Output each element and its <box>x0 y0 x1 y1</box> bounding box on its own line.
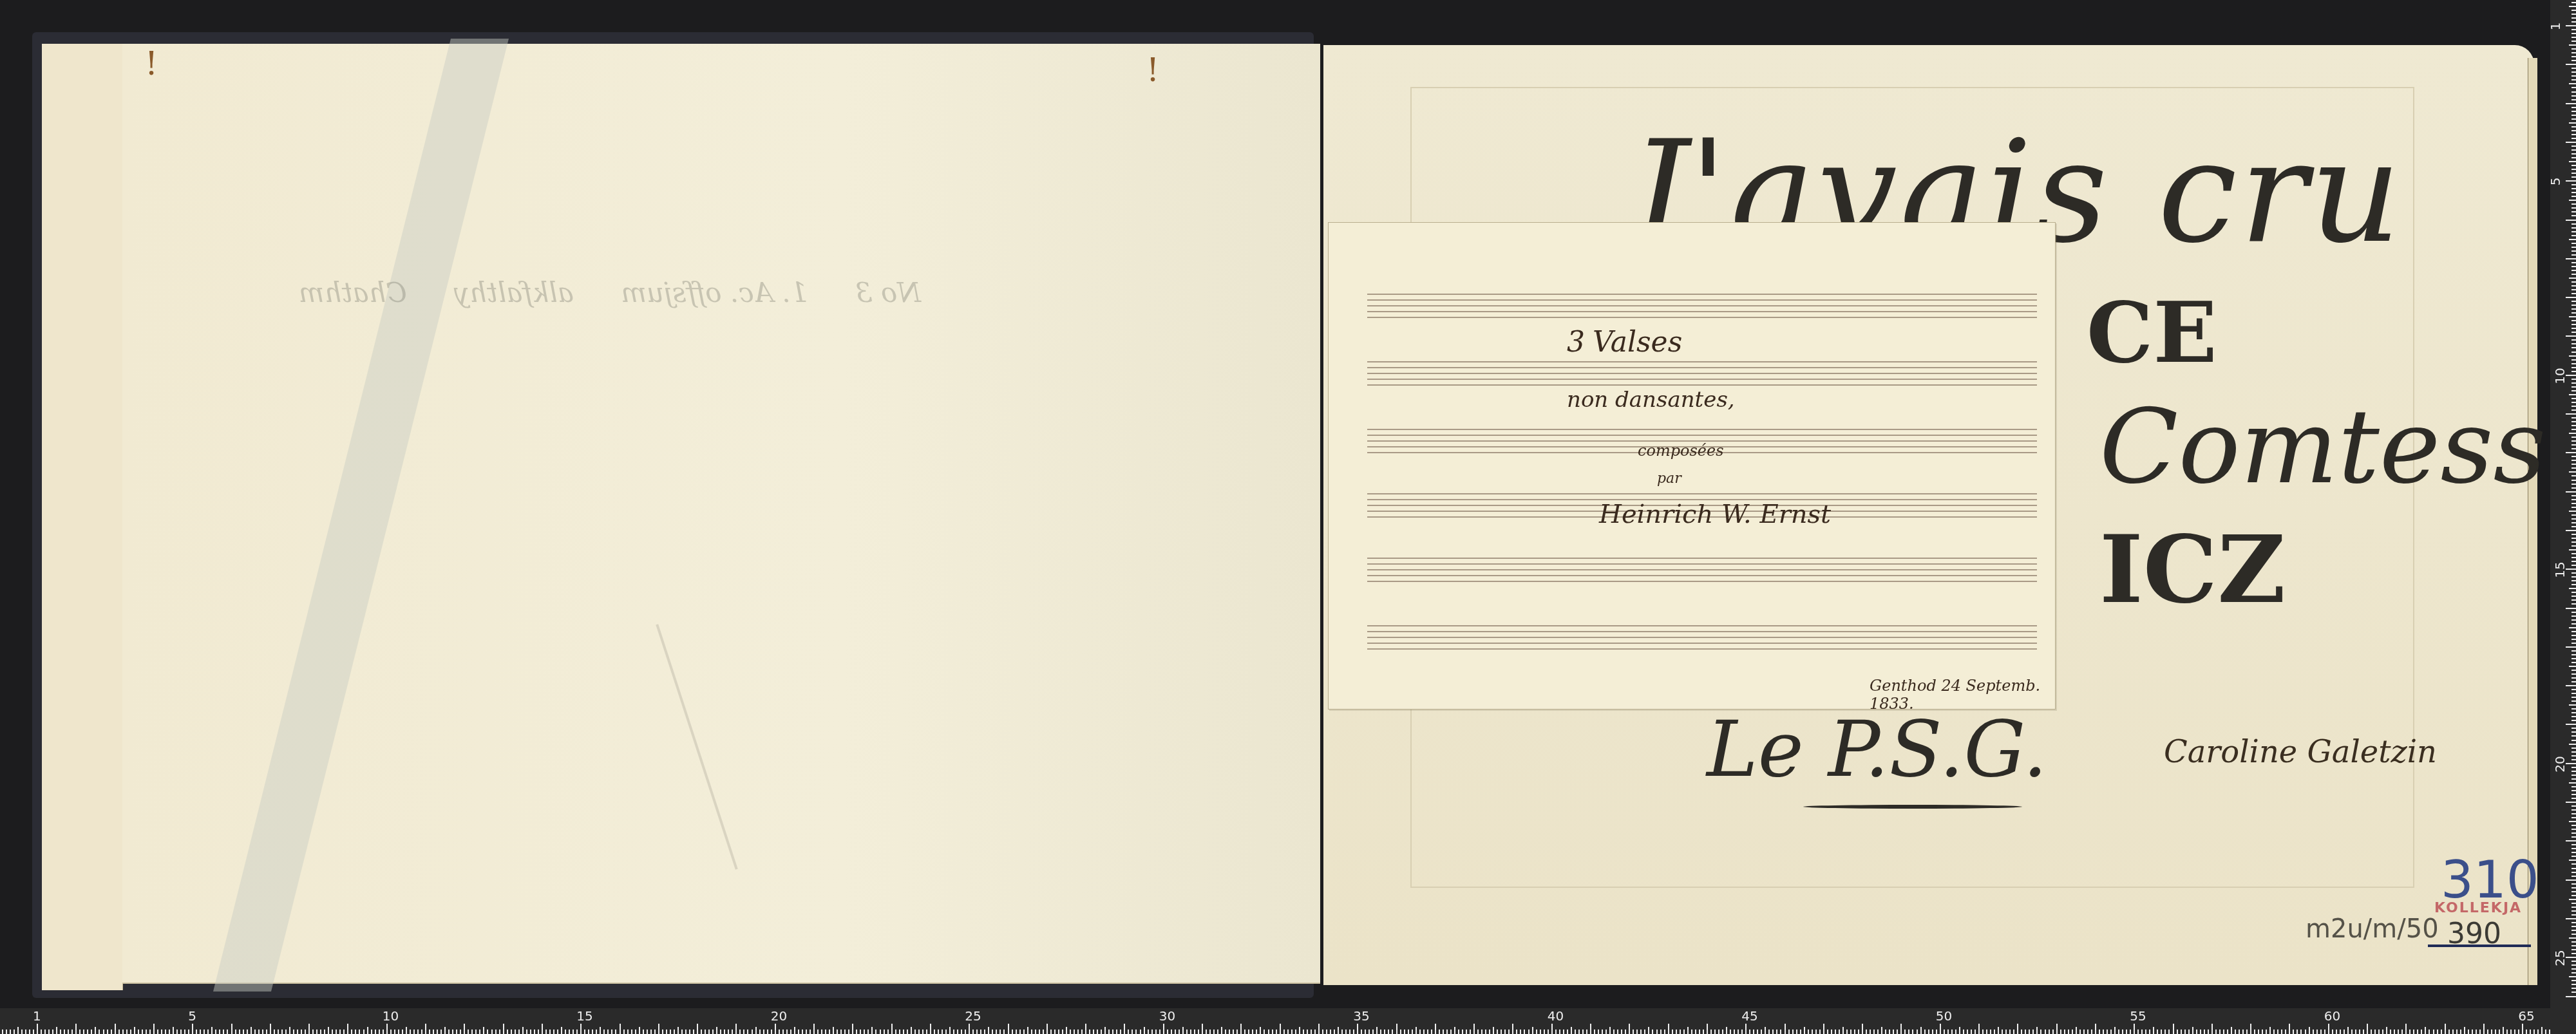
ruler-tick <box>2 1029 3 1034</box>
ruler-tick <box>1575 1029 1576 1034</box>
ruler-tick <box>1120 1029 1121 1034</box>
ruler-tick <box>1734 1029 1735 1034</box>
ruler-tick <box>2242 1029 2244 1034</box>
ruler-tick <box>2571 798 2576 799</box>
ruler-tick <box>1365 1029 1366 1034</box>
ruler-tick <box>2153 1027 2154 1034</box>
ruler-tick <box>1268 1029 1269 1034</box>
ruler-tick <box>2571 518 2576 520</box>
ruler-tick <box>2571 402 2576 403</box>
ruler-tick <box>2571 79 2576 80</box>
ruler-label: 25 <box>965 1008 981 1024</box>
ruler-tick <box>611 1029 612 1034</box>
ruler-tick <box>2566 297 2576 298</box>
ruler-tick <box>2571 844 2576 845</box>
ruler-tick <box>351 1029 352 1034</box>
ruler-tick <box>2571 270 2576 271</box>
ruler-tick <box>2571 111 2576 112</box>
ruler-tick <box>1477 1029 1479 1034</box>
ruler-tick <box>495 1029 497 1034</box>
ruler-tick <box>677 1027 679 1034</box>
ruler-tick <box>1908 1029 1909 1034</box>
ruler-tick <box>390 1029 392 1034</box>
ruler-tick <box>763 1029 764 1034</box>
ruler-tick <box>2566 142 2576 143</box>
ruler-tick <box>1081 1029 1083 1034</box>
ruler-tick <box>2076 1027 2077 1034</box>
ruler-tick <box>1473 1024 1475 1034</box>
ruler-tick <box>1757 1029 1758 1034</box>
ruler-tick <box>1097 1029 1098 1034</box>
ruler-tick <box>371 1029 372 1034</box>
ruler-tick <box>375 1029 376 1034</box>
ruler-tick <box>211 1027 213 1034</box>
ruler-tick <box>71 1029 73 1034</box>
ruler-tick <box>1280 1024 1281 1034</box>
ruler-tick <box>2571 126 2576 127</box>
ruler-tick <box>884 1029 885 1034</box>
ruler-tick <box>2566 724 2576 725</box>
ruler-tick <box>2188 1029 2190 1034</box>
ruler-tick <box>1485 1029 1486 1034</box>
ruler-tick <box>1858 1029 1859 1034</box>
ruler-tick <box>2571 29 2576 30</box>
ruler-tick <box>1497 1029 1498 1034</box>
ruler-tick <box>2571 616 2576 617</box>
ruler-tick <box>2571 382 2576 384</box>
ruler-tick <box>2571 922 2576 923</box>
ruler-tick <box>1590 1024 1591 1034</box>
ruler-tick <box>1749 1029 1750 1034</box>
ruler-tick <box>2181 1029 2182 1034</box>
ruler-tick <box>1726 1027 1727 1034</box>
ruler-tick <box>1272 1029 1273 1034</box>
ruler-tick <box>2569 821 2576 822</box>
ruler-tick <box>2566 646 2576 648</box>
ruler-label: 25 <box>2552 950 2568 966</box>
ruler-tick <box>355 1029 356 1034</box>
ruler-tick <box>1240 1024 1242 1034</box>
ruler-tick <box>1233 1029 1234 1034</box>
ruler-tick <box>2571 848 2576 849</box>
ruler-tick <box>2571 262 2576 263</box>
ruler-tick <box>1066 1027 1067 1034</box>
ruler-tick <box>1792 1029 1794 1034</box>
ruler-tick <box>173 1027 174 1034</box>
ruler-tick <box>2571 876 2576 877</box>
ruler-tick <box>1889 1029 1890 1034</box>
ruler-tick <box>2571 619 2576 621</box>
ruler-tick <box>1435 1024 1436 1034</box>
ruler-tick <box>1512 1024 1513 1034</box>
ruler-tick <box>2215 1029 2217 1034</box>
ruler-tick <box>2503 1027 2504 1034</box>
ruler-label: 60 <box>2324 1008 2340 1024</box>
ruler-tick <box>1776 1029 1777 1034</box>
ruler-tick <box>1481 1029 1482 1034</box>
ruler-tick <box>549 1029 551 1034</box>
ruler-tick <box>1443 1029 1444 1034</box>
ruler-tick <box>1349 1029 1350 1034</box>
ruler-tick <box>875 1029 876 1034</box>
ruler-tick <box>515 1029 516 1034</box>
ruler-tick <box>2114 1027 2116 1034</box>
ruler-tick <box>2309 1027 2310 1034</box>
ruler-tick <box>2571 184 2576 185</box>
ruler-tick <box>2571 712 2576 713</box>
ruler-tick <box>2571 507 2576 508</box>
ruler-tick <box>2571 56 2576 57</box>
ruler-label: 15 <box>2552 561 2568 578</box>
ruler-tick <box>1870 1029 1871 1034</box>
ruler-tick <box>2571 52 2576 53</box>
ruler-tick <box>1540 1029 1541 1034</box>
ruler-tick <box>1524 1029 1525 1034</box>
ruler-tick <box>984 1029 985 1034</box>
ruler-tick <box>383 1029 384 1034</box>
ruler-tick <box>2223 1029 2224 1034</box>
ruler-tick <box>1680 1029 1681 1034</box>
ruler-tick <box>262 1029 263 1034</box>
ruler-tick <box>654 1029 656 1034</box>
ruler-tick <box>2344 1029 2345 1034</box>
ruler-tick <box>200 1029 201 1034</box>
ruler-tick <box>2571 541 2576 543</box>
ruler-tick <box>2571 526 2576 527</box>
ruler-tick <box>1504 1029 1506 1034</box>
ruler-tick <box>2571 215 2576 216</box>
ruler-tick <box>1016 1029 1017 1034</box>
ruler-tick <box>251 1027 252 1034</box>
ruler-tick <box>2382 1029 2383 1034</box>
ruler-label: 5 <box>2548 178 2563 186</box>
ruler-tick <box>2571 794 2576 795</box>
ruler-tick <box>2571 755 2576 757</box>
ruler-label: 15 <box>576 1008 592 1024</box>
ruler-tick <box>1376 1027 1378 1034</box>
ruler-tick <box>281 1029 283 1034</box>
ruler-tick <box>2297 1029 2298 1034</box>
ruler-tick <box>48 1029 50 1034</box>
ruler-tick <box>1023 1029 1025 1034</box>
ruler-tick <box>2571 165 2576 166</box>
ruler-tick <box>1225 1029 1226 1034</box>
ruler-tick <box>2571 250 2576 252</box>
ruler-tick <box>1664 1029 1665 1034</box>
ruler-tick <box>930 1024 931 1034</box>
ruler-tick <box>475 1029 477 1034</box>
ruler-tick <box>584 1029 585 1034</box>
ruler-tick <box>2425 1027 2426 1034</box>
ruler-tick <box>697 1024 698 1034</box>
ruler-tick <box>2571 635 2576 636</box>
ruler-tick <box>887 1029 889 1034</box>
ruler-tick <box>2571 33 2576 34</box>
ruler-tick <box>2571 612 2576 613</box>
ruler-tick <box>2571 603 2576 605</box>
ruler-tick <box>1796 1029 1797 1034</box>
ruler-tick <box>2571 670 2576 671</box>
ruler-tick <box>1893 1029 1894 1034</box>
ruler-tick <box>2571 832 2576 834</box>
ruler-tick <box>2262 1029 2263 1034</box>
ruler-tick <box>1291 1029 1293 1034</box>
ruler-tick <box>701 1029 702 1034</box>
ruler-tick <box>2390 1029 2391 1034</box>
ruler-tick <box>2571 693 2576 694</box>
ruler-tick <box>542 1024 543 1034</box>
ruler-tick <box>2231 1027 2232 1034</box>
ruler-tick <box>1012 1029 1013 1034</box>
ruler-tick <box>2571 673 2576 675</box>
ruler-tick <box>907 1029 908 1034</box>
ruler-tick <box>2571 305 2576 306</box>
ruler-tick <box>1839 1029 1840 1034</box>
ruler-tick <box>2002 1029 2003 1034</box>
ruler-tick <box>685 1029 687 1034</box>
ruler-tick <box>2566 802 2576 803</box>
ruler-tick <box>2571 825 2576 826</box>
ruler-tick <box>2571 572 2576 574</box>
ruler-tick <box>658 1024 659 1034</box>
ruler-tick <box>2571 740 2576 741</box>
ruler-tick <box>1198 1029 1199 1034</box>
ruler-tick <box>1182 1027 1184 1034</box>
ruler-tick <box>1605 1029 1607 1034</box>
ruler-tick <box>2571 71 2576 73</box>
ruler-tick <box>996 1029 997 1034</box>
ruler-tick <box>1944 1029 1945 1034</box>
ruler-tick <box>1416 1027 1417 1034</box>
ruler-tick <box>1439 1029 1440 1034</box>
ruler-tick <box>565 1029 566 1034</box>
ruler-tick <box>2571 363 2576 364</box>
ruler-tick <box>165 1029 166 1034</box>
ruler-tick <box>25 1029 26 1034</box>
ruler-tick <box>1772 1029 1774 1034</box>
ruler-tick <box>1345 1029 1347 1034</box>
ruler-tick <box>2518 1029 2519 1034</box>
ruler-tick <box>1248 1029 1249 1034</box>
ruler-tick <box>153 1024 155 1034</box>
ruler-tick <box>2374 1029 2376 1034</box>
ruler-tick <box>1089 1029 1090 1034</box>
ruler-tick <box>1804 1027 1805 1034</box>
ruler-tick <box>1520 1029 1521 1034</box>
ruler-tick <box>247 1029 248 1034</box>
ruler-tick <box>1994 1029 1995 1034</box>
ruler-tick <box>2571 87 2576 88</box>
ruler-tick <box>2281 1029 2282 1034</box>
ruler-tick <box>2571 949 2576 950</box>
ruler-tick <box>425 1024 426 1034</box>
ruler-tick <box>17 1027 19 1034</box>
ruler-tick <box>2571 689 2576 690</box>
ruler-tick <box>2495 1029 2496 1034</box>
ruler-tick <box>1295 1029 1296 1034</box>
ruler-tick <box>1175 1029 1176 1034</box>
pencil-mark: ! <box>145 45 158 82</box>
ruler-tick <box>1446 1029 1448 1034</box>
ruler-tick <box>934 1029 935 1034</box>
ruler-tick <box>561 1027 562 1034</box>
ruler-tick <box>2571 643 2576 644</box>
ruler-tick <box>2569 976 2576 977</box>
ruler-tick <box>627 1029 629 1034</box>
composed-label: composées <box>1638 442 1724 460</box>
ruler-tick <box>2571 343 2576 344</box>
ruler-tick <box>1326 1029 1327 1034</box>
ruler-tick <box>2571 964 2576 966</box>
ruler-tick <box>573 1029 574 1034</box>
ruler-tick <box>635 1029 636 1034</box>
music-staff <box>1367 361 2037 390</box>
ruler-tick <box>2566 918 2576 919</box>
ruler-tick <box>2277 1029 2278 1034</box>
ruler-tick <box>215 1029 216 1034</box>
ruler-label: 40 <box>1548 1008 1564 1024</box>
ruler-tick <box>394 1029 395 1034</box>
ruler-tick <box>2571 980 2576 981</box>
ruler-tick <box>1190 1029 1191 1034</box>
ruler-tick <box>2571 289 2576 290</box>
ruler-tick <box>2571 953 2576 954</box>
ruler-tick <box>522 1027 524 1034</box>
ruler-tick <box>2316 1029 2318 1034</box>
ruler-tick <box>2571 778 2576 780</box>
ruler-tick <box>1975 1029 1976 1034</box>
ruler-tick <box>2545 1029 2546 1034</box>
ruler-tick <box>483 1027 484 1034</box>
ruler-tick <box>107 1029 108 1034</box>
ruler-tick <box>56 1027 57 1034</box>
ruler-tick <box>1516 1029 1517 1034</box>
ruler-tick <box>1710 1029 1712 1034</box>
ruler-tick <box>2571 169 2576 170</box>
ruler-tick <box>2571 328 2576 329</box>
ruler-tick <box>860 1029 861 1034</box>
ruler-tick <box>2571 10 2576 11</box>
ruler-tick <box>301 1029 302 1034</box>
ruler-tick <box>2571 146 2576 147</box>
ruler-tick <box>1256 1029 1257 1034</box>
ruler-tick <box>1050 1029 1052 1034</box>
ruler-tick <box>2566 840 2576 841</box>
ruler-tick <box>134 1027 135 1034</box>
ruler-tick <box>891 1024 893 1034</box>
ruler-tick <box>903 1029 904 1034</box>
ruler-tick <box>2571 910 2576 912</box>
ruler-tick <box>2571 735 2576 737</box>
ruler-tick <box>2095 1024 2096 1034</box>
ruler-tick <box>918 1029 920 1034</box>
ruler-tick <box>2107 1029 2108 1034</box>
ruler-tick <box>491 1029 493 1034</box>
ruler-tick <box>2091 1029 2092 1034</box>
ruler-tick <box>99 1029 100 1034</box>
ruler-tick <box>2571 41 2576 42</box>
ruler-tick <box>2571 196 2576 197</box>
ruler-tick <box>1388 1029 1389 1034</box>
ruler-tick <box>2017 1024 2018 1034</box>
ruler-tick <box>1640 1029 1642 1034</box>
ruler-tick <box>138 1029 139 1034</box>
ruler-tick <box>631 1029 632 1034</box>
ruler-tick <box>2571 211 2576 212</box>
ruler-label: 1 <box>2548 23 2563 31</box>
ruler-tick <box>2566 608 2576 609</box>
ruler-tick <box>2250 1024 2251 1034</box>
ruler-tick <box>1625 1029 1626 1034</box>
ruler-tick <box>2566 258 2576 259</box>
ruler-tick <box>227 1029 228 1034</box>
ruler-tick <box>2506 1029 2508 1034</box>
ruler-tick <box>87 1029 88 1034</box>
ruler-tick <box>794 1027 795 1034</box>
ruler-tick <box>1990 1029 1991 1034</box>
ruler-tick <box>1330 1029 1331 1034</box>
ruler-tick <box>1900 1024 1902 1034</box>
ruler-tick <box>2571 107 2576 108</box>
ruler-tick <box>1800 1029 1801 1034</box>
ruler-tick <box>2569 83 2576 84</box>
ruler-tick <box>2571 456 2576 457</box>
ruler-tick <box>1283 1029 1285 1034</box>
ruler-tick <box>1676 1029 1677 1034</box>
ruler-tick <box>2049 1029 2050 1034</box>
ruler-tick <box>580 1024 582 1034</box>
ruler-tick <box>1687 1027 1689 1034</box>
ruler-tick <box>2566 25 2576 26</box>
ruler-tick <box>1194 1029 1195 1034</box>
ruler-tick <box>2571 771 2576 772</box>
ruler-tick <box>1035 1029 1036 1034</box>
ruler-tick <box>347 1024 348 1034</box>
ruler-tick <box>1396 1024 1397 1034</box>
ruler-tick <box>530 1029 531 1034</box>
ruler-tick <box>538 1029 539 1034</box>
ruler-tick <box>1493 1027 1494 1034</box>
ruler-tick <box>142 1029 143 1034</box>
ruler-tick <box>2289 1024 2290 1034</box>
ruler-tick <box>2036 1027 2038 1034</box>
ruler-tick <box>64 1029 65 1034</box>
ruler-tick <box>988 1027 989 1034</box>
ruler-tick <box>2571 895 2576 896</box>
ruler-tick <box>1873 1029 1875 1034</box>
ruler-tick <box>111 1029 112 1034</box>
ruler-tick <box>410 1029 411 1034</box>
ruler-tick <box>1978 1024 1980 1034</box>
ruler-tick <box>398 1029 399 1034</box>
engraved-title-line3: Comtesse <box>2099 386 2576 507</box>
ruler-tick <box>2569 549 2576 550</box>
ruler-tick <box>1027 1027 1028 1034</box>
ruler-tick <box>2571 708 2576 710</box>
ruler-tick <box>1951 1029 1953 1034</box>
ruler-tick <box>2571 274 2576 275</box>
ruler-tick <box>2571 2 2576 3</box>
ruler-tick <box>1392 1029 1393 1034</box>
ruler-tick <box>1761 1029 1762 1034</box>
ruler-tick <box>1578 1029 1580 1034</box>
ruler-tick <box>2569 899 2576 900</box>
ruler-tick <box>2571 538 2576 539</box>
ruler-tick <box>829 1029 830 1034</box>
ruler-tick <box>1660 1029 1662 1034</box>
ruler-tick <box>647 1029 648 1034</box>
ruler-tick <box>2293 1029 2294 1034</box>
